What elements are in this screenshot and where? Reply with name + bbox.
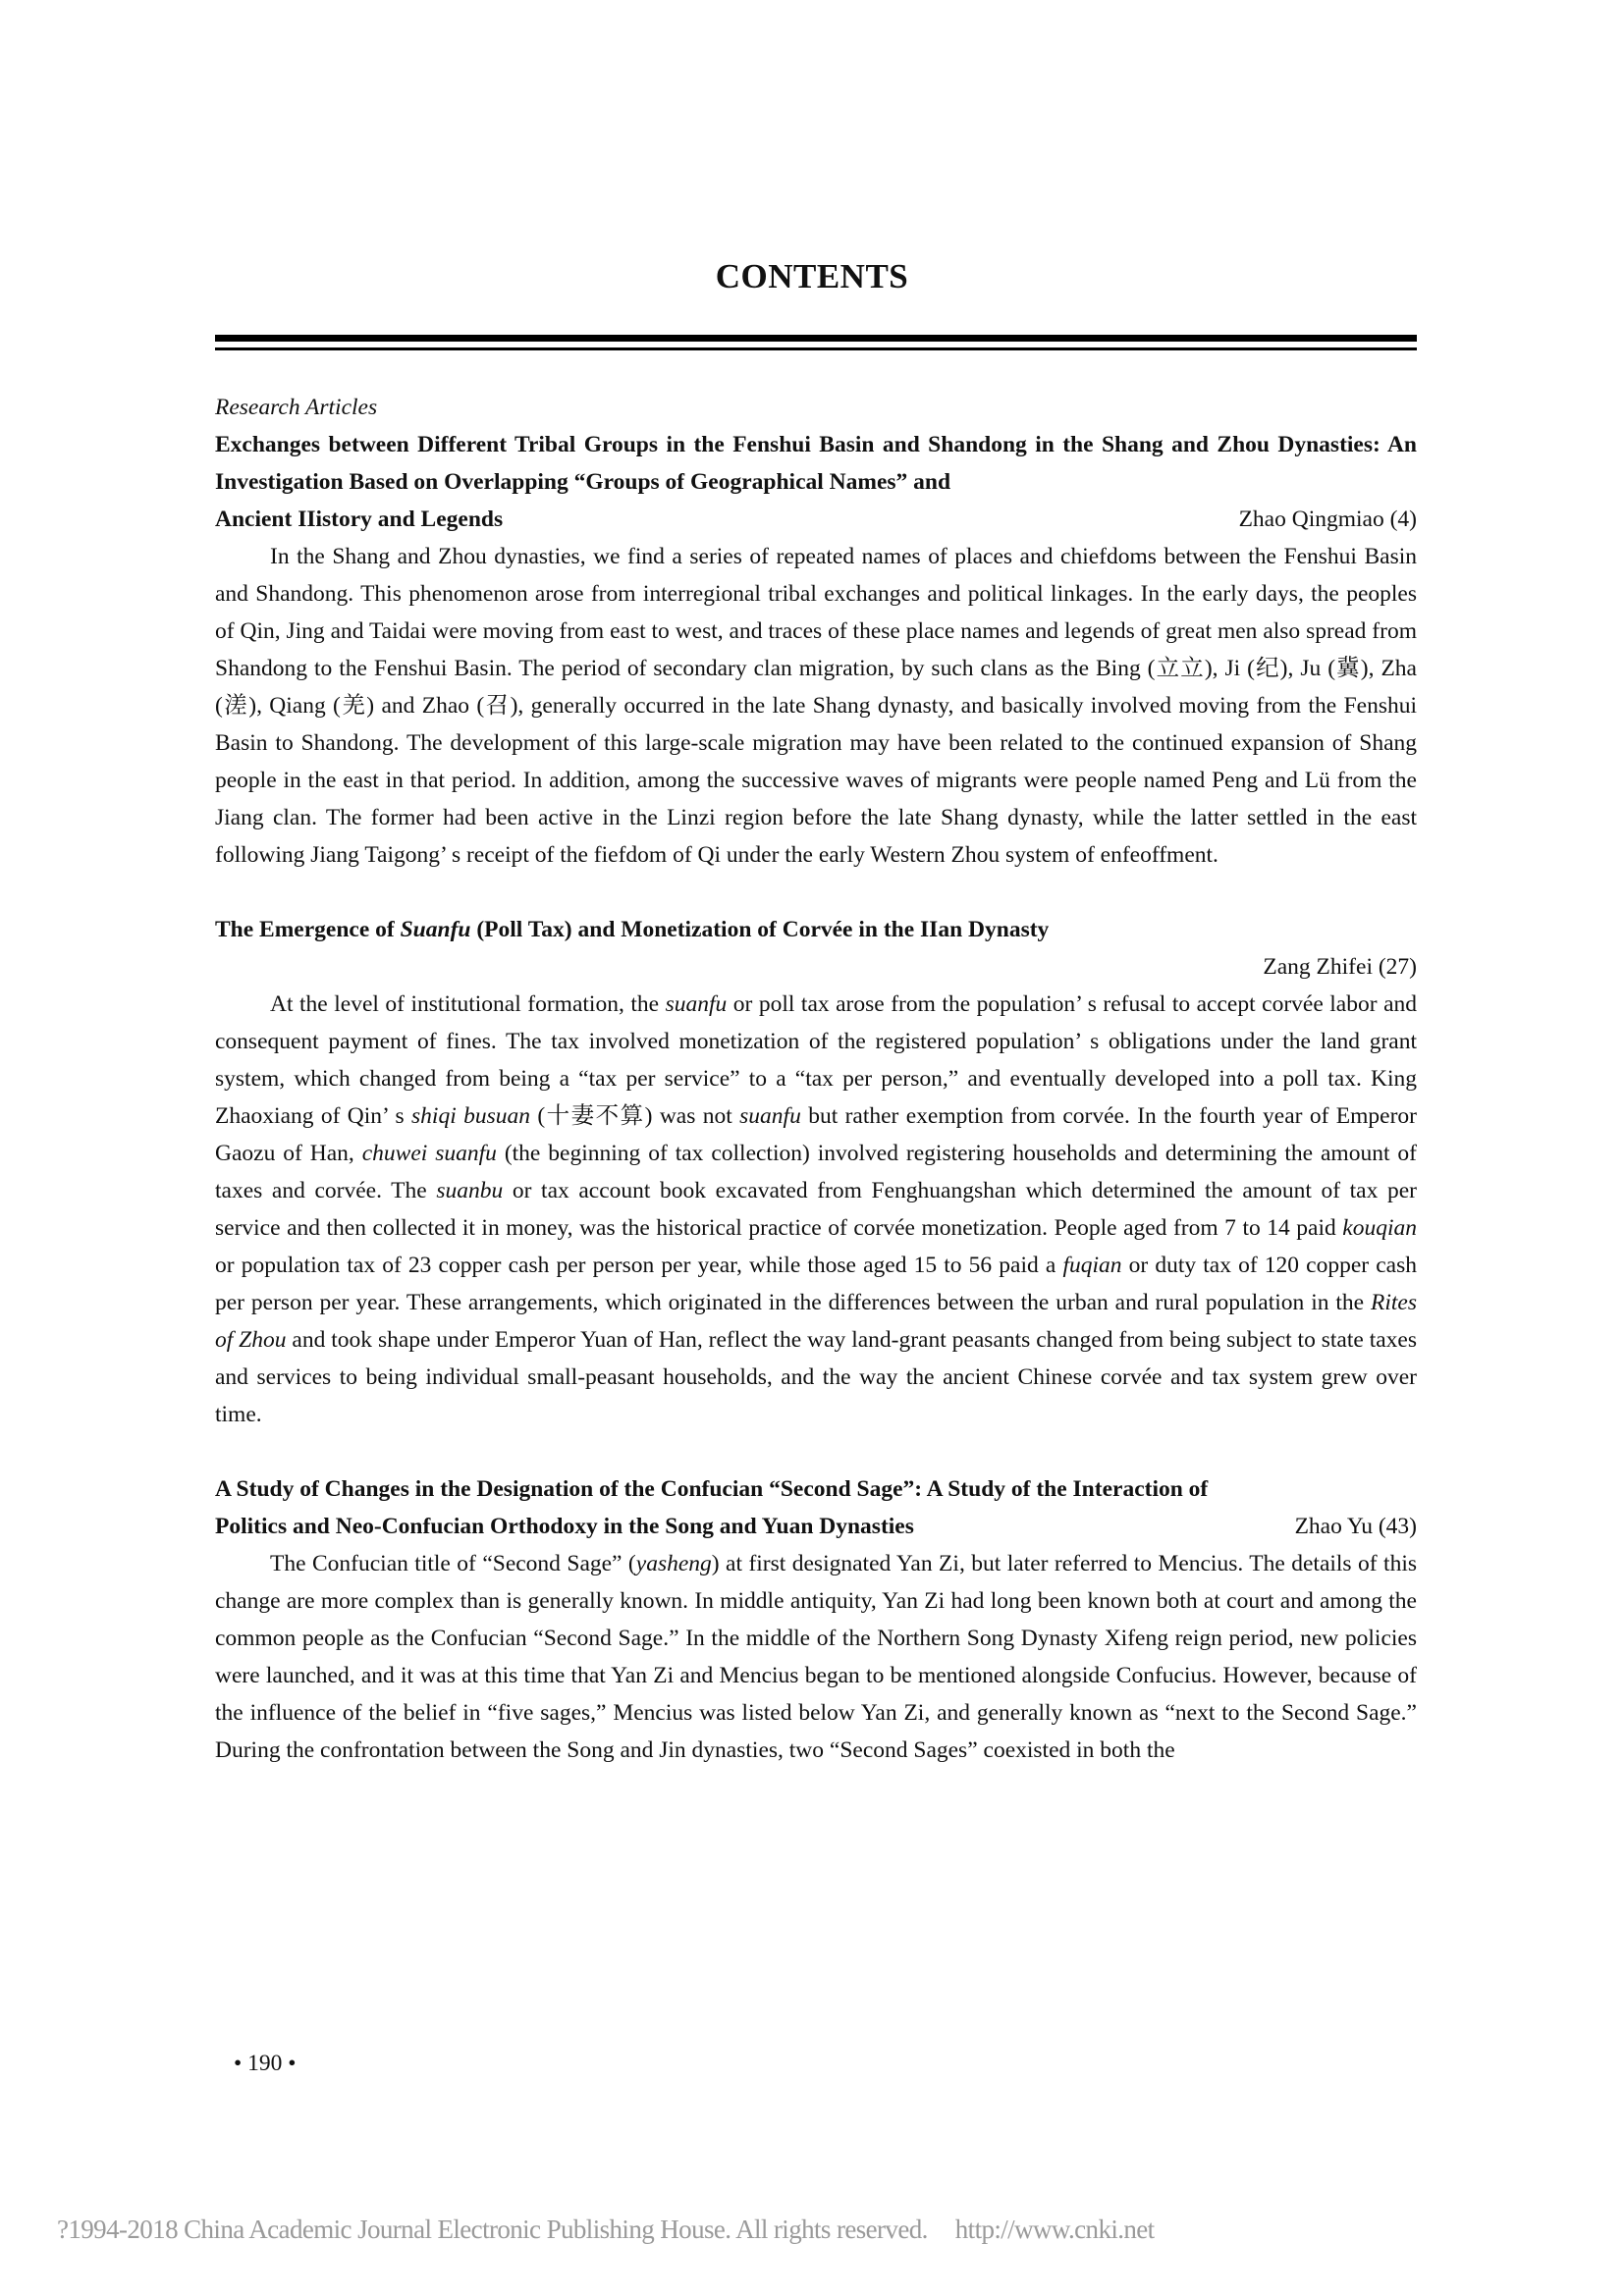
article-title-text: Exchanges between Different Tribal Group… [215,432,1417,495]
footer-url-link[interactable]: http://www.cnki.net [955,2215,1155,2244]
contents-body: Research Articles Exchanges between Diff… [215,389,1417,1769]
article-author-page: Zhao Qingmiao (4) [1219,501,1417,538]
article-title[interactable]: A Study of Changes in the Designation of… [215,1470,1417,1545]
text-run: At the level of institutional formation,… [270,991,666,1017]
article-title[interactable]: Exchanges between Different Tribal Group… [215,426,1417,538]
article-title[interactable]: The Emergence of Suanfu (Poll Tax) and M… [215,911,1417,948]
article-title-last-line: Ancient IIistory and Legends [215,501,503,538]
header-rule-thin [215,347,1417,350]
text-run: (十妻不算) was not [530,1103,739,1129]
article-title-text: A Study of Changes in the Designation of… [215,1476,1208,1502]
italic-term: chuwei suanfu [362,1141,497,1166]
section-label: Research Articles [215,389,1417,426]
article-title-prefix: The Emergence of [215,917,401,942]
article-entry-3: A Study of Changes in the Designation of… [215,1470,1417,1769]
italic-term: kouqian [1342,1215,1417,1241]
article-abstract: The Confucian title of “Second Sage” (ya… [215,1545,1417,1769]
italic-term: shiqi busuan [411,1103,530,1129]
article-author-page: Zhao Yu (43) [1275,1508,1417,1545]
italic-term: fuqian [1062,1253,1121,1278]
italic-term: suanbu [436,1178,503,1203]
article-title-last-line: Politics and Neo-Confucian Orthodoxy in … [215,1508,914,1545]
italic-term: suanfu [666,991,728,1017]
article-title-suffix: (Poll Tax) and Monetization of Corvée in… [470,917,1049,942]
italic-term: yasheng [636,1551,712,1576]
article-abstract: At the level of institutional formation,… [215,986,1417,1433]
text-run: ) at first designated Yan Zi, but later … [215,1551,1417,1763]
article-entry-1: Exchanges between Different Tribal Group… [215,426,1417,874]
text-run: and took shape under Emperor Yuan of Han… [215,1327,1417,1427]
article-title-italic-term: Suanfu [401,917,471,942]
page-title: CONTENTS [0,257,1624,296]
copyright-text: ?1994-2018 China Academic Journal Electr… [57,2215,928,2244]
text-run: The Confucian title of “Second Sage” ( [270,1551,636,1576]
article-entry-2: The Emergence of Suanfu (Poll Tax) and M… [215,911,1417,1433]
header-rule-thick [215,335,1417,342]
text-run: or population tax of 23 copper cash per … [215,1253,1062,1278]
article-abstract: In the Shang and Zhou dynasties, we find… [215,538,1417,874]
page-number: • 190 • [234,2051,296,2077]
copyright-footer: ?1994-2018 China Academic Journal Electr… [57,2215,1155,2245]
article-author-page: Zang Zhifei (27) [1243,954,1417,980]
italic-term: suanfu [739,1103,801,1129]
